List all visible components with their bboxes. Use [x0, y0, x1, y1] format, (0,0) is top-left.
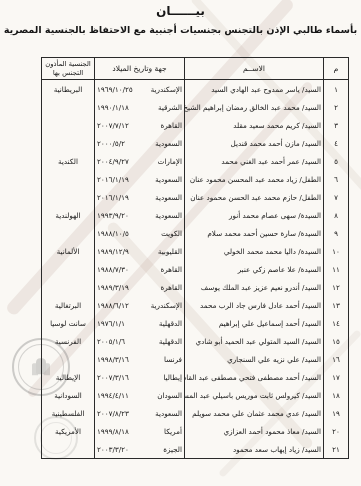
birth-cell: القاهرة ١٩٨٩/٣/١٩ [95, 278, 185, 296]
serial-cell: ٨ [324, 206, 349, 224]
birth-place: الإمارات [158, 157, 182, 166]
nationality-cell: الفلسطينية [42, 404, 95, 422]
nationality-cell [42, 134, 95, 152]
birth-cell: السعودية ٢٠١٦/١/١٩ [95, 188, 185, 206]
birth-date: ٢٠٠٤/٩/٢٧ [97, 157, 129, 166]
birth-place: السعودية [155, 211, 182, 220]
birth-date: ١٩٨٨/٧/٣٠ [97, 265, 129, 274]
table-row: ٢ السيد/ محمد عبد الخالق رمضان إبراهيم ا… [42, 98, 349, 116]
serial-cell: ٦ [324, 170, 349, 188]
nationality-cell [42, 260, 95, 278]
table-row: ٦ الطفل/ زياد محمد عبد المحسن محمود عنان… [42, 170, 349, 188]
birth-cell: السعودية ٢٠٠٧/٨/٢٣ [95, 404, 185, 422]
nationality-cell [42, 224, 95, 242]
table-body: ١ السيد/ ياسر ممدوح عبد الهادي السيد الإ… [42, 80, 349, 459]
birth-date: ١٩٩٤/٤/١١ [97, 391, 129, 400]
serial-cell: ٥ [324, 152, 349, 170]
nationality-cell: سانت لوسيا [42, 314, 95, 332]
header-nationality-line1: الجنسية المأذون [44, 60, 92, 68]
table-row: ١ السيد/ ياسر ممدوح عبد الهادي السيد الإ… [42, 80, 349, 99]
name-cell: السيد/ كريم محمد سعيد مقلد [185, 116, 324, 134]
birth-date: ١٩٧٦/١/١ [97, 319, 125, 328]
serial-cell: ٤ [324, 134, 349, 152]
nationality-cell: الفرنسية [42, 332, 95, 350]
birth-place: السعودية [155, 193, 182, 202]
birth-date: ١٩٩٣/٩/٢٠ [97, 211, 129, 220]
birth-place: إيطاليا [163, 373, 182, 382]
nationality-cell [42, 98, 95, 116]
nationality-cell [42, 440, 95, 459]
birth-date: ٢٠٠٧/٧/١٢ [97, 121, 129, 130]
nationality-cell: السودانية [42, 386, 95, 404]
table-row: ٥ السيد/ عمر أحمد عبد الغني محمد الإمارا… [42, 152, 349, 170]
birth-place: السعودية [155, 175, 182, 184]
names-table-wrapper: م الاســم جهة وتاريخ الميلاد الجنسية الم… [42, 57, 349, 459]
birth-place: القاهرة [160, 121, 182, 130]
table-row: ١٢ السيد/ أندرو نعيم عزيز عبد الملك يوسف… [42, 278, 349, 296]
name-cell: السيدة/ سارة حسين أحمد محمد سلام [185, 224, 324, 242]
birth-cell: السعودية ١٩٩٣/٩/٢٠ [95, 206, 185, 224]
birth-date: ٢٠٠٧/٨/٢٣ [97, 409, 129, 418]
birth-date: ٢٠١٦/١/١٩ [97, 175, 129, 184]
birth-place: السعودية [155, 139, 182, 148]
nationality-cell: الكندية [42, 152, 95, 170]
name-cell: السيد/ ياسر ممدوح عبد الهادي السيد [185, 80, 324, 99]
birth-date: ٢٠١٦/١/١٩ [97, 193, 129, 202]
table-row: ٣ السيد/ كريم محمد سعيد مقلد القاهرة ٢٠٠… [42, 116, 349, 134]
table-row: ٧ الطفل/ حازم محمد عبد الحسن محمود عنان … [42, 188, 349, 206]
birth-cell: القاهرة ١٩٨٨/٧/٣٠ [95, 260, 185, 278]
table-header: م الاســم جهة وتاريخ الميلاد الجنسية الم… [42, 58, 349, 80]
nationality-cell [42, 188, 95, 206]
serial-cell: ٣ [324, 116, 349, 134]
birth-date: ١٩٩٠/١/١٨ [97, 103, 129, 112]
serial-cell: ١١ [324, 260, 349, 278]
serial-cell: ١٧ [324, 368, 349, 386]
table-row: ٢١ السيد/ زياد إيهاب سعد محمود الجيزة ٢٠… [42, 440, 349, 459]
birth-date: ١٩٨٨/١٠/٥ [97, 229, 129, 238]
birth-cell: فرنسا ١٩٩٨/٣/١٦ [95, 350, 185, 368]
name-cell: السيد/ مازن أحمد محمد قنديل [185, 134, 324, 152]
birth-place: الدقهلية [159, 319, 182, 328]
birth-date: ٢٠٠٣/٣/٢٠ [97, 445, 129, 454]
name-cell: السيد/ أحمد إسماعيل علي إبراهيم [185, 314, 324, 332]
nationality-cell [42, 350, 95, 368]
table-row: ٩ السيدة/ سارة حسين أحمد محمد سلام الكوي… [42, 224, 349, 242]
birth-cell: الدقهلية ٢٠٠٥/١/٦ [95, 332, 185, 350]
birth-cell: القليوبية ١٩٨٩/١٢/٩ [95, 242, 185, 260]
birth-place: القليوبية [158, 247, 182, 256]
birth-place: السودان [157, 391, 182, 400]
nationality-cell: الألمانية [42, 242, 95, 260]
table-row: ١١ السيدة/ علا عاصم زكي عنبر القاهرة ١٩٨… [42, 260, 349, 278]
name-cell: السيد/ أحمد مصطفى فتحي مصطفى عبد القادر [185, 368, 324, 386]
name-cell: السيد/ السيد المتولي عبد الحميد أبو شادي [185, 332, 324, 350]
birth-cell: القاهرة ٢٠٠٧/٧/١٢ [95, 116, 185, 134]
serial-cell: ١٥ [324, 332, 349, 350]
birth-cell: إيطاليا ٢٠٠٧/٣/١٦ [95, 368, 185, 386]
nationality-cell [42, 278, 95, 296]
birth-date: ٢٠٠٥/١/٦ [97, 337, 125, 346]
birth-place: السعودية [155, 409, 182, 418]
birth-place: الجيزة [163, 445, 182, 454]
birth-date: ١٩٩٨/٣/١٦ [97, 355, 129, 364]
names-table: م الاســم جهة وتاريخ الميلاد الجنسية الم… [41, 57, 349, 459]
serial-cell: ١٤ [324, 314, 349, 332]
name-cell: السيد/ أندرو نعيم عزيز عبد الملك يوسف [185, 278, 324, 296]
name-cell: السيد/ عمر أحمد عبد الغني محمد [185, 152, 324, 170]
name-cell: السيد/ محمد عبد الخالق رمضان إبراهيم الش… [185, 98, 324, 116]
birth-date: ١٩٨٩/٣/١٩ [97, 283, 129, 292]
birth-cell: السعودية ٢٠١٦/١/١٩ [95, 170, 185, 188]
scanned-document-page: بيــــــان بأسماء طالبي الإذن بالتجنس بج… [0, 0, 361, 486]
birth-place: القاهرة [160, 283, 182, 292]
serial-cell: ٢٠ [324, 422, 349, 440]
table-row: ٤ السيد/ مازن أحمد محمد قنديل السعودية ٢… [42, 134, 349, 152]
name-cell: السيد/ أحمد عادل فارس جاد الرب محمد [185, 296, 324, 314]
page-subtitle: بأسماء طالبي الإذن بالتجنس بجنسيات أجنبي… [0, 25, 361, 36]
table-row: ١٣ السيد/ أحمد عادل فارس جاد الرب محمد ا… [42, 296, 349, 314]
table-row: ١٠ السيدة/ داليا محمد محمد الخولي القليو… [42, 242, 349, 260]
name-cell: السيد/ معاذ محمود أحمد العزازي [185, 422, 324, 440]
nationality-cell: البريطانية [42, 80, 95, 99]
nationality-cell: الأمريكية [42, 422, 95, 440]
name-cell: السيدة/ سهى عصام محمد أنور [185, 206, 324, 224]
header-name: الاســم [185, 58, 324, 80]
nationality-cell [42, 170, 95, 188]
header-nationality-line2: التجنس بها [44, 69, 92, 77]
birth-place: أمريكا [164, 427, 182, 436]
name-cell: الطفل/ زياد محمد عبد المحسن محمود عنان [185, 170, 324, 188]
birth-place: الإسكندرية [151, 85, 182, 94]
serial-cell: ١ [324, 80, 349, 99]
table-row: ١٧ السيد/ أحمد مصطفى فتحي مصطفى عبد القا… [42, 368, 349, 386]
table-row: ١٦ السيد/ علي نزيه علي السنجاري فرنسا ١٩… [42, 350, 349, 368]
table-row: ١٤ السيد/ أحمد إسماعيل علي إبراهيم الدقه… [42, 314, 349, 332]
birth-cell: الإسكندرية ١٩٦٩/١٠/٢٥ [95, 80, 185, 99]
name-cell: السيدة/ داليا محمد محمد الخولي [185, 242, 324, 260]
name-cell: السيد/ علي نزيه علي السنجاري [185, 350, 324, 368]
serial-cell: ٧ [324, 188, 349, 206]
serial-cell: ١٩ [324, 404, 349, 422]
birth-cell: السودان ١٩٩٤/٤/١١ [95, 386, 185, 404]
birth-place: الإسكندرية [151, 301, 182, 310]
birth-place: القاهرة [160, 265, 182, 274]
birth-cell: الإسكندرية ١٩٨٨/٦/١٢ [95, 296, 185, 314]
serial-cell: ١٠ [324, 242, 349, 260]
header-nationality: الجنسية المأذون التجنس بها [42, 58, 95, 80]
page-title: بيــــــان [0, 4, 361, 18]
header-serial: م [324, 58, 349, 80]
birth-date: ١٩٩٩/٨/١٨ [97, 427, 129, 436]
birth-place: الشرقية [158, 103, 182, 112]
nationality-cell: الإيطالية [42, 368, 95, 386]
birth-place: الدقهلية [159, 337, 182, 346]
serial-cell: ٢ [324, 98, 349, 116]
birth-cell: الشرقية ١٩٩٠/١/١٨ [95, 98, 185, 116]
name-cell: الطفل/ حازم محمد عبد الحسن محمود عنان [185, 188, 324, 206]
birth-date: ٢٠٠٠/٥/٢ [97, 139, 125, 148]
birth-cell: السعودية ٢٠٠٠/٥/٢ [95, 134, 185, 152]
name-cell: السيد/ كيرولس ثابت موريس باسيلي عبد المس… [185, 386, 324, 404]
nationality-cell: الهولندية [42, 206, 95, 224]
birth-cell: أمريكا ١٩٩٩/٨/١٨ [95, 422, 185, 440]
name-cell: السيدة/ علا عاصم زكي عنبر [185, 260, 324, 278]
birth-cell: الجيزة ٢٠٠٣/٣/٢٠ [95, 440, 185, 459]
table-row: ١٨ السيد/ كيرولس ثابت موريس باسيلي عبد ا… [42, 386, 349, 404]
birth-date: ١٩٨٩/١٢/٩ [97, 247, 129, 256]
serial-cell: ١٣ [324, 296, 349, 314]
birth-cell: الدقهلية ١٩٧٦/١/١ [95, 314, 185, 332]
table-row: ٢٠ السيد/ معاذ محمود أحمد العزازي أمريكا… [42, 422, 349, 440]
nationality-cell [42, 116, 95, 134]
table-row: ١٩ السيد/ عدي محمد عثمان علي محمد سويلم … [42, 404, 349, 422]
serial-cell: ١٢ [324, 278, 349, 296]
serial-cell: ١٦ [324, 350, 349, 368]
name-cell: السيد/ عدي محمد عثمان علي محمد سويلم [185, 404, 324, 422]
table-row: ١٥ السيد/ السيد المتولي عبد الحميد أبو ش… [42, 332, 349, 350]
birth-place: الكويت [161, 229, 182, 238]
birth-cell: الكويت ١٩٨٨/١٠/٥ [95, 224, 185, 242]
birth-date: ١٩٨٨/٦/١٢ [97, 301, 129, 310]
serial-cell: ١٨ [324, 386, 349, 404]
birth-date: ٢٠٠٧/٣/١٦ [97, 373, 129, 382]
birth-date: ١٩٦٩/١٠/٢٥ [97, 85, 133, 94]
serial-cell: ٩ [324, 224, 349, 242]
table-row: ٨ السيدة/ سهى عصام محمد أنور السعودية ١٩… [42, 206, 349, 224]
birth-place: فرنسا [164, 355, 182, 364]
header-birth: جهة وتاريخ الميلاد [95, 58, 185, 80]
nationality-cell: البرتغالية [42, 296, 95, 314]
birth-cell: الإمارات ٢٠٠٤/٩/٢٧ [95, 152, 185, 170]
serial-cell: ٢١ [324, 440, 349, 459]
name-cell: السيد/ زياد إيهاب سعد محمود [185, 440, 324, 459]
